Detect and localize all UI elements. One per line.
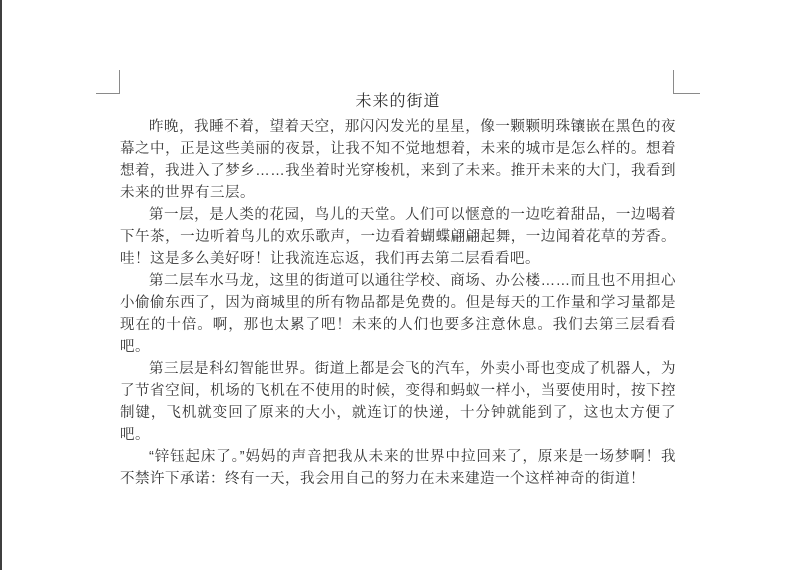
paragraph[interactable]: 第一层，是人类的花园，鸟儿的天堂。人们可以惬意的一边吃着甜品，一边喝着下午茶，一… bbox=[120, 204, 676, 270]
paragraph[interactable]: 第三层是科幻智能世界。街道上都是会飞的汽车，外卖小哥也变成了机器人，为了节省空间… bbox=[120, 358, 676, 446]
document-title[interactable]: 未来的街道 bbox=[120, 90, 676, 114]
document-page[interactable]: 未来的街道 昨晚，我睡不着，望着天空，那闪闪发光的星星，像一颗颗明珠镶嵌在黑色的… bbox=[120, 90, 676, 490]
window-left-edge-bar bbox=[0, 0, 2, 570]
paragraph[interactable]: “锌钰起床了。”妈妈的声音把我从未来的世界中拉回来了，原来是一场梦啊！我不禁许下… bbox=[120, 446, 676, 490]
paragraph[interactable]: 昨晚，我睡不着，望着天空，那闪闪发光的星星，像一颗颗明珠镶嵌在黑色的夜幕之中，正… bbox=[120, 116, 676, 204]
paragraph[interactable]: 第二层车水马龙，这里的街道可以通往学校、商场、办公楼……而且也不用担心小偷偷东西… bbox=[120, 270, 676, 358]
crop-mark-top-left bbox=[96, 70, 120, 94]
crop-mark-top-right bbox=[673, 70, 700, 94]
